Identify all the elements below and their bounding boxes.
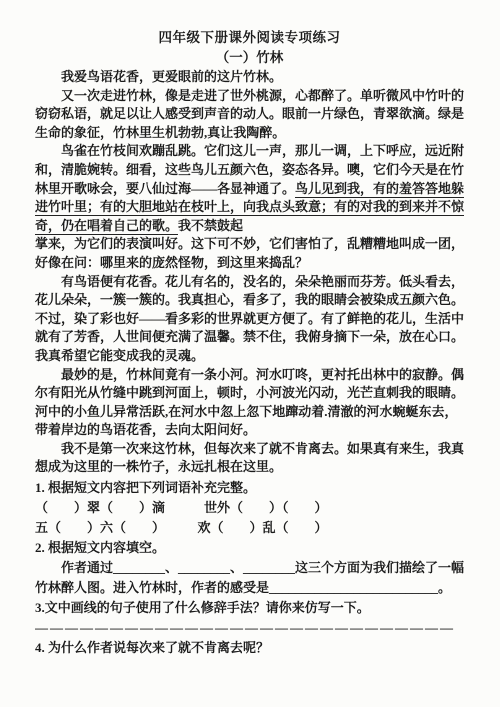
- passage-line: 又一次走进竹林，像是走进了世外桃源，心都醉了。单听微风中竹叶的: [35, 87, 464, 106]
- question-2-label: 2. 根据短文内容填空。: [35, 538, 464, 558]
- passage-text: 我爱鸟语花香，更爱眼前的这片竹林。: [61, 69, 282, 84]
- passage-text: 和，清脆婉转。细看，这些鸟儿五颜六色，姿态各异。噢，它们今天是在竹: [35, 162, 464, 177]
- passage-line: 花儿朵朵，一簇一簇的。我真担心，看多了，我的眼睛会被染成五颜六色。: [35, 291, 464, 310]
- passage-line: 带着岸边的鸟语花香，去向太阳问好。: [35, 421, 464, 440]
- page-title: 四年级下册课外阅读专项练习: [35, 28, 464, 48]
- passage-line: 就有了芳香，人世间便充满了温馨。禁不住，我俯身摘下一朵，放在心口。: [35, 328, 464, 347]
- passage-text: 好像在问：哪里来的庞然怪物，到这里来捣乱？: [35, 255, 308, 270]
- worksheet-page: 四年级下册课外阅读专项练习 （一）竹林 我爱鸟语花香，更爱眼前的这片竹林。又一次…: [0, 0, 500, 707]
- underlined-text: 鸟儿见到我，有的羞答答地躲: [295, 181, 464, 198]
- passage-line: 不过，染了彩也好——看多彩的世界就更方便了。有了鲜艳的花儿，生活中: [35, 310, 464, 329]
- passage-text: 河中的小鱼儿异常活跃,在河水中忽上忽下地蹿动着.清澈的河水蜿蜒东去，: [35, 404, 458, 419]
- passage-line: 鸟雀在竹枝间欢蹦乱跳。它们这儿一声，那儿一调，上下呼应，远近附: [35, 142, 464, 161]
- question-4-label: 4. 为什么作者说每次来了就不肯离去呢？: [35, 638, 464, 658]
- passage-text: 花儿朵朵，一簇一簇的。我真担心，看多了，我的眼睛会被染成五颜六色。: [35, 292, 464, 307]
- underlined-text: 进竹叶里；有的大胆地站在枝叶上，向我点头致意；有的对我的到来并不惊: [35, 199, 464, 216]
- passage-line: 掌来，为它们的表演叫好。这下可不妙，它们害怕了，乱糟糟地叫成一团，: [35, 235, 464, 254]
- passage-text: 不过，染了彩也好——看多彩的世界就更方便了。有了鲜艳的花儿，生活中: [35, 311, 464, 326]
- passage-line: 窃窃私语，就足以让人感受到声音的动人。眼前一片绿色，青翠欲滴。绿是: [35, 105, 464, 124]
- passage-text: 又一次走进竹林，像是走进了世外桃源，心都醉了。单听微风中竹叶的: [61, 88, 464, 103]
- passage-text: 林里开歌咏会，要八仙过海——各显神通了。: [35, 181, 295, 196]
- passage-line: 有鸟语便有花香。花儿有名的，没名的，朵朵艳丽而芬芳。低头看去，: [35, 273, 464, 292]
- passage-text: 想成为这里的一株竹子，永远扎根在这里。: [35, 459, 282, 474]
- passage-text: 生命的象征，竹林里生机勃勃,真让我陶醉。: [35, 125, 285, 140]
- passage-text: 我不禁鼓起: [178, 218, 243, 233]
- passage-line: 好像在问：哪里来的庞然怪物，到这里来捣乱？: [35, 254, 464, 273]
- question-1-label: 1. 根据短文内容把下列词语补充完整。: [35, 478, 464, 498]
- question-2-fill-line-1: 作者通过________、________、________这三个方面为我们描绘…: [35, 558, 464, 578]
- passage-line: 我爱鸟语花香，更爱眼前的这片竹林。: [35, 68, 464, 87]
- passage-text: 带着岸边的鸟语花香，去向太阳问好。: [35, 422, 256, 437]
- question-3-answer-line: ————————————————————————————: [35, 618, 464, 638]
- passage-text: 有鸟语便有花香。花儿有名的，没名的，朵朵艳丽而芬芳。低头看去，: [61, 274, 464, 289]
- questions-section: 1. 根据短文内容把下列词语补充完整。 （ ）翠（ ）滴 世外（ ）（ ） 五（…: [35, 478, 464, 658]
- question-1-blanks-row-1: （ ）翠（ ）滴 世外（ ）（ ）: [35, 498, 464, 518]
- passage-line: 进竹叶里；有的大胆地站在枝叶上，向我点头致意；有的对我的到来并不惊: [35, 198, 464, 217]
- passage-line: 我不是第一次来这竹林，但每次来了就不肯离去。如果真有来生，我真: [35, 440, 464, 459]
- question-1-blanks-row-2: 五（ ）六（ ） 欢（ ）乱（ ）: [35, 518, 464, 538]
- header: 四年级下册课外阅读专项练习 （一）竹林: [35, 28, 464, 68]
- passage-text: 鸟雀在竹枝间欢蹦乱跳。它们这儿一声，那儿一调，上下呼应，远近附: [61, 143, 464, 158]
- underlined-text: 奇，仍在唱着自己的歌。: [35, 218, 178, 235]
- passage-title: （一）竹林: [35, 48, 464, 68]
- passage-line: 尔有阳光从竹缝中跳到河面上，顿时，小河波光闪动，光芒直刺我的眼睛。: [35, 384, 464, 403]
- passage-line: 生命的象征，竹林里生机勃勃,真让我陶醉。: [35, 124, 464, 143]
- passage-text: 最妙的是，竹林间竟有一条小河。河水叮咚，更衬托出林中的寂静。偶: [61, 367, 464, 382]
- passage-text: 我不是第一次来这竹林，但每次来了就不肯离去。如果真有来生，我真: [61, 441, 464, 456]
- passage-text: 我真希望它能变成我的灵魂。: [35, 348, 204, 363]
- passage-text: 就有了芳香，人世间便充满了温馨。禁不住，我俯身摘下一朵，放在心口。: [35, 329, 464, 344]
- question-2-fill-line-2: 竹林醉人图。进入竹林时，作者的感受是______________________…: [35, 578, 464, 598]
- passage-line: 我真希望它能变成我的灵魂。: [35, 347, 464, 366]
- passage-line: 想成为这里的一株竹子，永远扎根在这里。: [35, 458, 464, 477]
- passage-line: 林里开歌咏会，要八仙过海——各显神通了。鸟儿见到我，有的羞答答地躲: [35, 180, 464, 199]
- passage-line: 和，清脆婉转。细看，这些鸟儿五颜六色，姿态各异。噢，它们今天是在竹: [35, 161, 464, 180]
- passage-text: 窃窃私语，就足以让人感受到声音的动人。眼前一片绿色，青翠欲滴。绿是: [35, 106, 464, 121]
- passage-line: 奇，仍在唱着自己的歌。我不禁鼓起: [35, 217, 464, 236]
- passage-text: 掌来，为它们的表演叫好。这下可不妙，它们害怕了，乱糟糟地叫成一团，: [35, 236, 464, 251]
- question-3-label: 3.文中画线的句子使用了什么修辞手法？请你来仿写一下。: [35, 598, 464, 618]
- passage-text: 尔有阳光从竹缝中跳到河面上，顿时，小河波光闪动，光芒直刺我的眼睛。: [35, 385, 464, 400]
- passage-line: 河中的小鱼儿异常活跃,在河水中忽上忽下地蹿动着.清澈的河水蜿蜒东去，: [35, 403, 464, 422]
- passage-line: 最妙的是，竹林间竟有一条小河。河水叮咚，更衬托出林中的寂静。偶: [35, 366, 464, 385]
- passage: 我爱鸟语花香，更爱眼前的这片竹林。又一次走进竹林，像是走进了世外桃源，心都醉了。…: [35, 68, 464, 477]
